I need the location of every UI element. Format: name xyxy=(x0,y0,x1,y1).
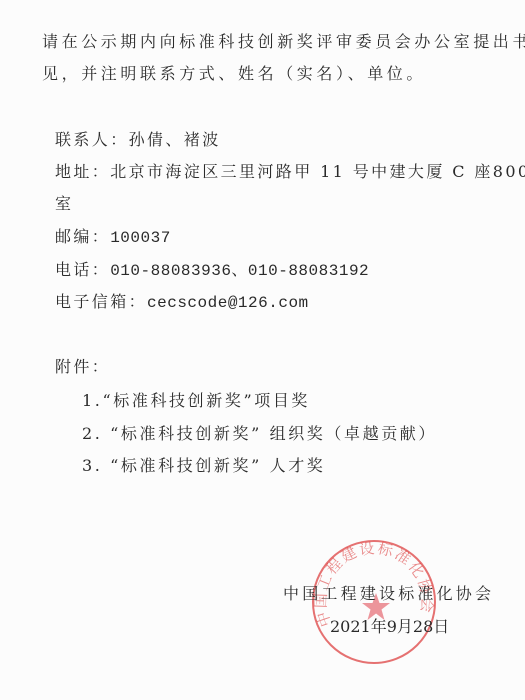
address-line-2: 室 xyxy=(55,194,73,214)
intro-line-2: 见，并注明联系方式、姓名（实名）、单位。 xyxy=(42,64,426,84)
document-page: 请在公示期内向标准科技创新奖评审委员会办公室提出书面意 见，并注明联系方式、姓名… xyxy=(0,0,525,700)
contact-person-value: 孙倩、褚波 xyxy=(129,130,221,149)
phone-value: 010-88083936、010-88083192 xyxy=(110,262,369,280)
email: 电子信箱：cecscode@126.com xyxy=(55,292,309,313)
address-label: 地址： xyxy=(55,162,110,181)
attachments-heading: 附件： xyxy=(55,357,110,377)
postcode: 邮编：100037 xyxy=(55,227,171,248)
signature-date: 2021年9月28日 xyxy=(330,617,449,637)
contact-person: 联系人：孙倩、褚波 xyxy=(55,130,221,150)
attachment-item-2: 2. “标准科技创新奖” 组织奖（卓越贡献） xyxy=(82,424,437,444)
address-line-1: 地址：北京市海淀区三里河路甲 11 号中建大厦 C 座8004 xyxy=(55,162,525,182)
contact-person-label: 联系人： xyxy=(55,130,129,149)
intro-line-1: 请在公示期内向标准科技创新奖评审委员会办公室提出书面意 xyxy=(42,32,525,52)
phone: 电话：010-88083936、010-88083192 xyxy=(55,260,369,281)
signature-organization: 中国工程建设标准化协会 xyxy=(283,584,494,604)
postcode-label: 邮编： xyxy=(55,227,110,246)
email-label: 电子信箱： xyxy=(55,292,147,311)
attachment-item-1: 1.“标准科技创新奖”项目奖 xyxy=(82,391,310,411)
email-value: cecscode@126.com xyxy=(147,294,309,312)
postcode-value: 100037 xyxy=(110,229,171,247)
address-value: 北京市海淀区三里河路甲 11 号中建大厦 C 座8004 xyxy=(110,162,525,181)
attachment-item-3: 3. “标准科技创新奖” 人才奖 xyxy=(82,456,325,476)
phone-label: 电话： xyxy=(55,260,110,279)
